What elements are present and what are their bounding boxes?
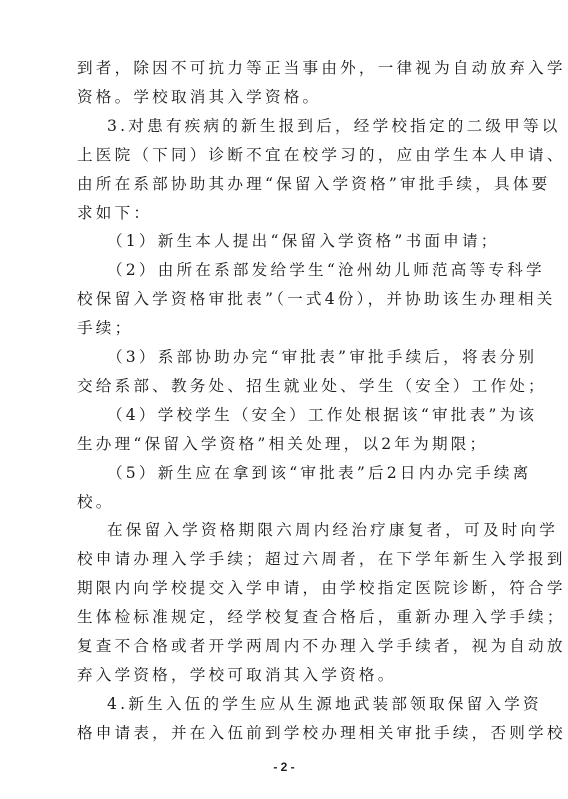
text-line: 校。 [77,490,492,514]
text-line: 期限内向学校提交入学申请，由学校指定医院诊断，符合学 [77,576,492,600]
text-line: 由所在系部协助其办理“保留入学资格”审批手续，具体要 [77,172,492,196]
page-number: - 2 - [0,760,568,774]
text-line: 到者，除因不可抗力等正当事由外，一律视为自动放弃入学 [77,56,492,80]
text-line: 校保留入学资格审批表”（一式4份），并协助该生办理相关 [77,287,492,311]
text-line: （3）系部协助办完“审批表”审批手续后，将表分别 [107,345,492,369]
text-line: 生办理“保留入学资格”相关处理，以2年为期限； [77,432,492,456]
text-line: 格申请表，并在入伍前到学校办理相关审批手续，否则学校 [77,721,492,745]
text-line: 求如下： [77,201,492,225]
text-line: 上医院（下同）诊断不宜在校学习的，应由学生本人申请、 [77,143,492,167]
text-line: 4.新生入伍的学生应从生源地武装部领取保留入学资 [107,692,492,716]
text-line: 在保留入学资格期限六周内经治疗康复者，可及时向学 [107,518,492,542]
text-line: 3.对患有疾病的新生报到后，经学校指定的二级甲等以 [107,114,492,138]
document-page: 到者，除因不可抗力等正当事由外，一律视为自动放弃入学资格。学校取消其入学资格。3… [0,0,568,799]
text-line: （5）新生应在拿到该“审批表”后2日内办完手续离 [107,461,492,485]
text-line: （1）新生本人提出“保留入学资格”书面申请； [107,229,492,253]
text-line: 校申请办理入学手续；超过六周者，在下学年新生入学报到 [77,547,492,571]
text-line: 复查不合格或者开学两周内不办理入学手续者，视为自动放 [77,634,492,658]
text-line: 手续； [77,316,492,340]
text-line: （2）由所在系部发给学生“沧州幼儿师范高等专科学 [107,258,492,282]
text-line: （4）学校学生（安全）工作处根据该“审批表”为该 [107,403,492,427]
text-line: 生体检标准规定，经学校复查合格后，重新办理入学手续； [77,605,492,629]
text-line: 交给系部、教务处、招生就业处、学生（安全）工作处； [77,374,492,398]
text-line: 资格。学校取消其入学资格。 [77,85,492,109]
text-line: 弃入学资格，学校可取消其入学资格。 [77,663,492,687]
